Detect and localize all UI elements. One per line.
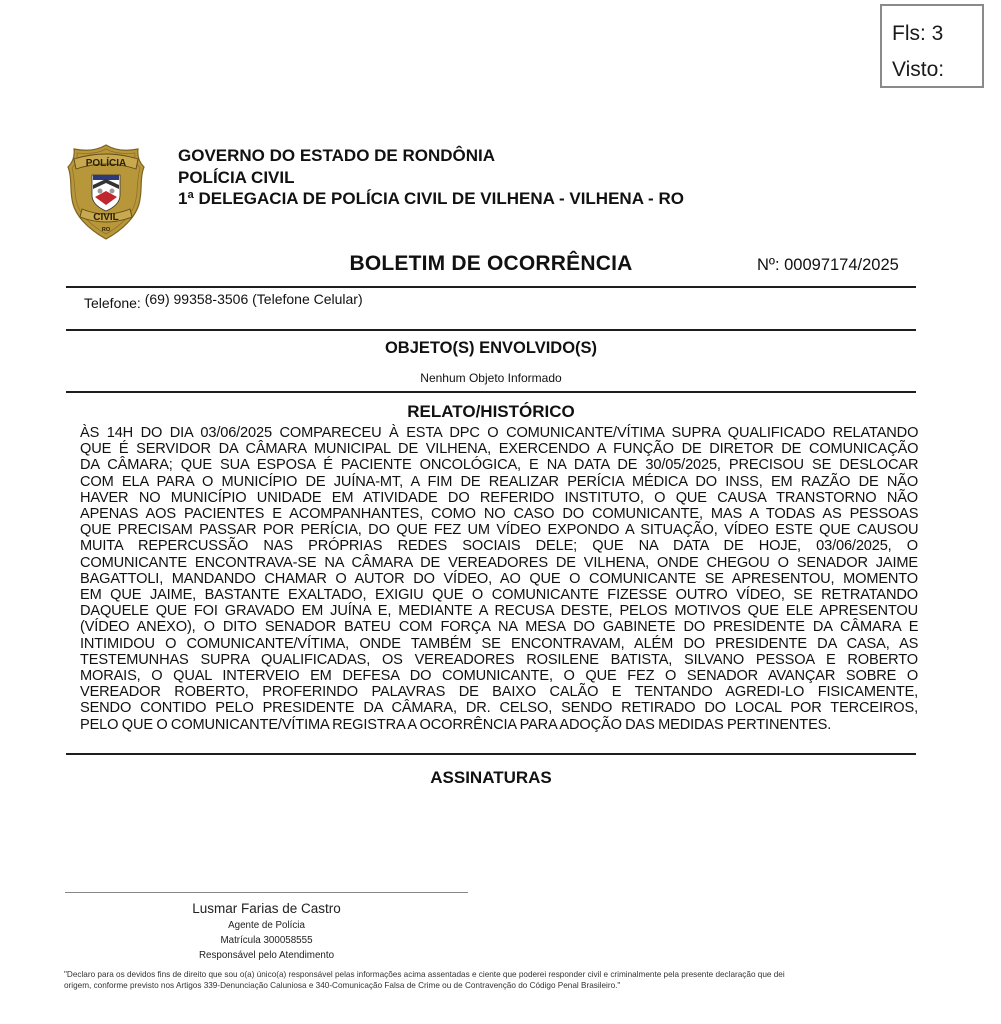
relato-line: BAGATTOLI, MANDANDO CHAMAR O AUTOR DO VÍ…: [80, 571, 918, 587]
signer-role: Agente de Polícia: [65, 918, 468, 933]
relato-section-title: RELATO/HISTÓRICO: [0, 402, 982, 422]
relato-line: COMUNICANTE ENCONTRAVA-SE NA CÂMARA DE V…: [80, 555, 918, 571]
relato-line: EM QUE JAIME, BASTANTE EXALTADO, EXIGIU …: [80, 587, 918, 603]
phone-value: (69) 99358-3506 (Telefone Celular): [145, 291, 363, 307]
divider: [66, 753, 916, 755]
header-precinct: 1ª DELEGACIA DE POLÍCIA CIVIL DE VILHENA…: [178, 188, 684, 210]
relato-line: SENDO CONTIDO PELO PRESIDENTE DA CÂMARA,…: [80, 700, 918, 716]
header-police: POLÍCIA CIVIL: [178, 167, 684, 189]
relato-line: MUITA REPERCUSSÃO NAS PRÓPRIAS REDES SOC…: [80, 538, 918, 554]
signer-name: Lusmar Farias de Castro: [65, 900, 468, 918]
police-badge-icon: POLÍCIA CIVIL RO: [66, 143, 146, 241]
fls-label: Fls: 3: [892, 22, 943, 46]
relato-line: QUE É SERVIDOR DA CÂMARA MUNICIPAL DE VI…: [80, 441, 918, 457]
legal-disclaimer: "Declaro para os devidos fins de direito…: [64, 970, 924, 991]
signer-responsibility: Responsável pelo Atendimento: [65, 948, 468, 963]
document-number: Nº: 00097174/2025: [757, 256, 899, 275]
signature-line: [65, 892, 468, 893]
disclaimer-line-1: "Declaro para os devidos fins de direito…: [64, 970, 924, 981]
relato-body: ÀS 14H DO DIA 03/06/2025 COMPARECEU À ES…: [80, 425, 918, 733]
relato-line: ÀS 14H DO DIA 03/06/2025 COMPARECEU À ES…: [80, 425, 918, 441]
relato-line: INTIMIDOU O COMUNICANTE/VÍTIMA, ONDE TAM…: [80, 636, 918, 652]
divider: [66, 391, 916, 393]
relato-line: QUE PRECISAM PASSAR POR PERÍCIA, DO QUE …: [80, 522, 918, 538]
signatures-section-title: ASSINATURAS: [0, 768, 982, 788]
signature-block: Lusmar Farias de Castro Agente de Políci…: [65, 900, 468, 963]
svg-text:CIVIL: CIVIL: [93, 212, 119, 223]
signer-registration: Matrícula 300058555: [65, 933, 468, 948]
relato-line: COM ELA PARA O MUNICÍPIO DE JUÍNA-MT, A …: [80, 474, 918, 490]
relato-line: DAQUELE QUE FOI GRAVADO EM JUÍNA E, MEDI…: [80, 603, 918, 619]
objects-text: Nenhum Objeto Informado: [0, 371, 982, 385]
divider: [66, 286, 916, 288]
page-stamp-box: Fls: 3 Visto:: [880, 4, 984, 88]
svg-text:POLÍCIA: POLÍCIA: [86, 156, 127, 169]
relato-line: APENAS AOS PACIENTES E ACOMPANHANTES, CO…: [80, 506, 918, 522]
header-government: GOVERNO DO ESTADO DE RONDÔNIA: [178, 145, 684, 167]
relato-line: PELO QUE O COMUNICANTE/VÍTIMA REGISTRA A…: [80, 717, 918, 733]
institution-header: GOVERNO DO ESTADO DE RONDÔNIA POLÍCIA CI…: [178, 145, 684, 210]
phone-row: Telefone: (69) 99358-3506 (Telefone Celu…: [84, 291, 363, 307]
relato-line: (VÍDEO ANEXO), O DITO SENADOR BATEU COM …: [80, 619, 918, 635]
relato-line: MORAIS, O QUAL INTERVEIO EM DEFESA DO CO…: [80, 668, 918, 684]
phone-label: Telefone:: [84, 295, 141, 311]
relato-line: HAVER NO MUNICÍPIO UNIDADE EM ATIVIDADE …: [80, 490, 918, 506]
relato-line: TESTEMUNHAS SUPRA QUALIFICADAS, OS VEREA…: [80, 652, 918, 668]
objects-section-title: OBJETO(S) ENVOLVIDO(S): [0, 339, 982, 358]
svg-text:RO: RO: [102, 227, 111, 233]
visto-label: Visto:: [892, 58, 944, 82]
relato-line: VEREADOR ROBERTO, PROFERINDO PALAVRAS DE…: [80, 684, 918, 700]
disclaimer-line-2: origem, conforme previsto nos Artigos 33…: [64, 981, 924, 992]
relato-line: DA CÂMARA; QUE SUA ESPOSA É PACIENTE ONC…: [80, 457, 918, 473]
divider: [66, 329, 916, 331]
